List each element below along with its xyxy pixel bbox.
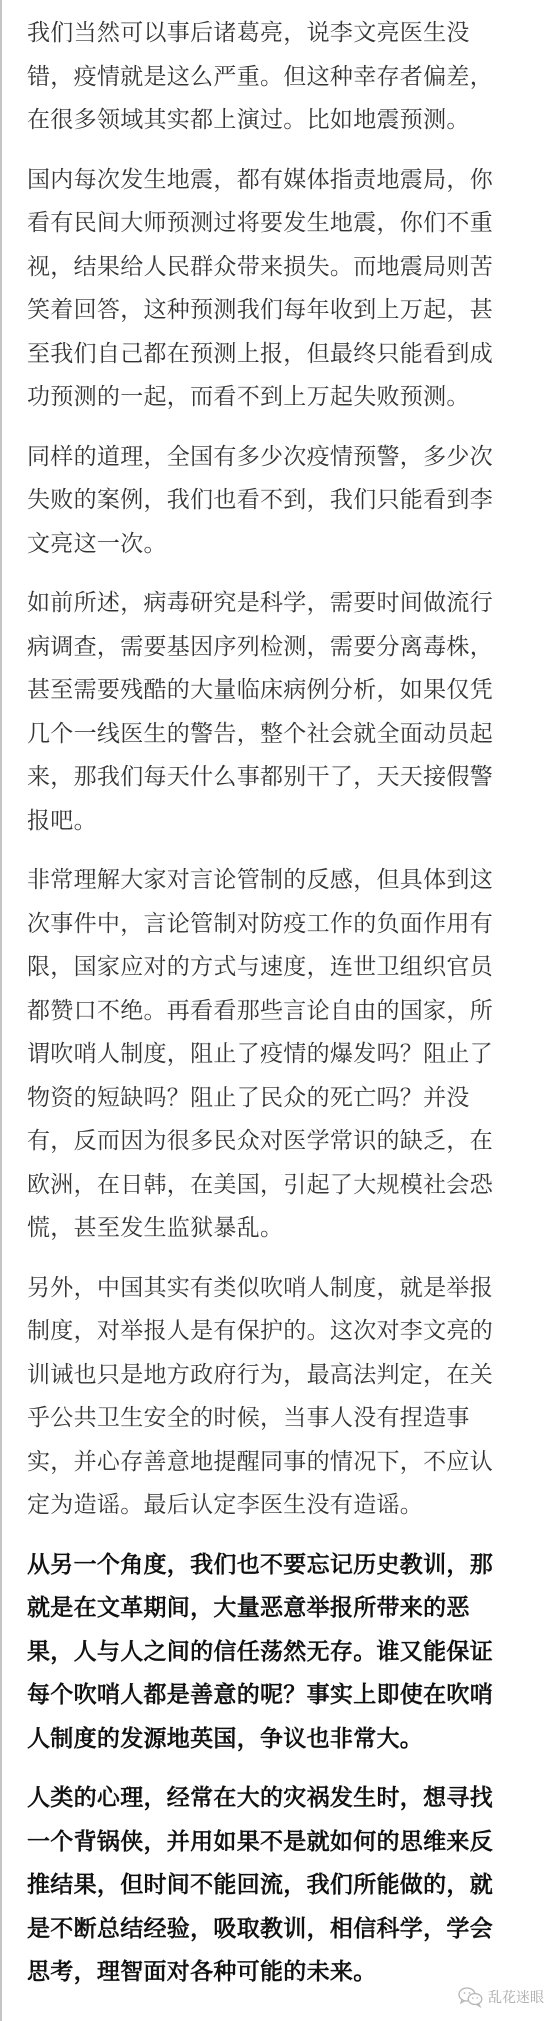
paragraph-hindsight: 我们当然可以事后诸葛亮，说李文亮医生没 错，疫情就是这么严重。但这种幸存者偏差，… — [27, 12, 547, 143]
left-border-rule — [0, 0, 2, 2021]
text-line: 有，反而因为很多民众对医学常识的缺乏，在 — [27, 1120, 547, 1164]
text-line: 是不断总结经验，吸取教训，相信科学，学会 — [27, 1908, 547, 1952]
text-line: 失败的案例，我们也看不到，我们只能看到李 — [27, 479, 547, 523]
text-line: 限，国家应对的方式与速度，连世卫组织官员 — [27, 946, 547, 990]
text-line: 训诫也只是地方政府行为，最高法判定，在关 — [27, 1354, 547, 1398]
text-line: 果，人与人之间的信任荡然无存。谁又能保证 — [27, 1631, 547, 1675]
text-line: 次事件中，言论管制对防疫工作的负面作用有 — [27, 903, 547, 947]
text-line: 人制度的发源地英国，争议也非常大。 — [27, 1718, 547, 1762]
text-line: 几个一线医生的警告，整个社会就全面动员起 — [27, 713, 547, 757]
paragraph-same-logic: 同样的道理，全国有多少次疫情预警，多少次 失败的案例，我们也看不到，我们只能看到… — [27, 436, 547, 567]
text-line: 慌，甚至发生监狱暴乱。 — [27, 1207, 547, 1251]
text-line: 都赞口不绝。再看看那些言论自由的国家，所 — [27, 990, 547, 1034]
paragraph-virus-research: 如前所述，病毒研究是科学，需要时间做流行 病调查，需要基因序列检测，需要分离毒株… — [27, 582, 547, 843]
text-line: 在很多领域其实都上演过。比如地震预测。 — [27, 99, 547, 143]
wechat-icon — [457, 1986, 484, 2008]
text-line: 另外，中国其实有类似吹哨人制度，就是举报 — [27, 1267, 547, 1311]
text-line: 至我们自己都在预测上报，但最终只能看到成 — [27, 333, 547, 377]
text-line: 我们当然可以事后诸葛亮，说李文亮医生没 — [27, 12, 547, 56]
text-line: 欧洲，在日韩，在美国，引起了大规模社会恐 — [27, 1164, 547, 1208]
text-line: 文亮这一次。 — [27, 523, 547, 567]
text-line: 实，并心存善意地提醒同事的情况下，不应认 — [27, 1441, 547, 1485]
source-watermark: 乱花迷眼 — [457, 1986, 544, 2008]
text-line: 推结果，但时间不能回流，我们所能做的，就 — [27, 1864, 547, 1908]
text-line: 看有民间大师预测过将要发生地震，你们不重 — [27, 202, 547, 246]
text-line: 谓吹哨人制度，阻止了疫情的爆发吗？阻止了 — [27, 1033, 547, 1077]
watermark-account-name: 乱花迷眼 — [488, 1987, 544, 2007]
text-line: 病调查，需要基因序列检测，需要分离毒株， — [27, 626, 547, 670]
text-line: 一个背锅侠，并用如果不是就如何的思维来反 — [27, 1821, 547, 1865]
text-line: 就是在文革期间，大量恶意举报所带来的恶 — [27, 1587, 547, 1631]
text-line: 每个吹哨人都是善意的呢？事实上即使在吹哨 — [27, 1674, 547, 1718]
text-line: 视，结果给人民群众带来损失。而地震局则苦 — [27, 246, 547, 290]
article-body: 我们当然可以事后诸葛亮，说李文亮医生没 错，疫情就是这么严重。但这种幸存者偏差，… — [27, 12, 547, 2011]
paragraph-history-lesson: 从另一个角度，我们也不要忘记历史教训，那 就是在文革期间，大量恶意举报所带来的恶… — [27, 1544, 547, 1762]
text-line: 如前所述，病毒研究是科学，需要时间做流行 — [27, 582, 547, 626]
paragraph-speech-control: 非常理解大家对言论管制的反感，但具体到这 次事件中，言论管制对防疫工作的负面作用… — [27, 859, 547, 1251]
paragraph-conclusion: 人类的心理，经常在大的灾祸发生时，想寻找 一个背锅侠，并用如果不是就如何的思维来… — [27, 1777, 547, 1995]
text-line: 报吧。 — [27, 800, 547, 844]
text-line: 物资的短缺吗？阻止了民众的死亡吗？并没 — [27, 1077, 547, 1121]
text-line: 功预测的一起，而看不到上万起失败预测。 — [27, 376, 547, 420]
text-line: 错，疫情就是这么严重。但这种幸存者偏差， — [27, 56, 547, 100]
text-line: 乎公共卫生安全的时候，当事人没有捏造事 — [27, 1397, 547, 1441]
text-line: 从另一个角度，我们也不要忘记历史教训，那 — [27, 1544, 547, 1588]
paragraph-earthquake-prediction: 国内每次发生地震，都有媒体指责地震局，你 看有民间大师预测过将要发生地震，你们不… — [27, 159, 547, 420]
paragraph-reporting-system: 另外，中国其实有类似吹哨人制度，就是举报 制度，对举报人是有保护的。这次对李文亮… — [27, 1267, 547, 1528]
text-line: 非常理解大家对言论管制的反感，但具体到这 — [27, 859, 547, 903]
text-line: 制度，对举报人是有保护的。这次对李文亮的 — [27, 1310, 547, 1354]
text-line: 甚至需要残酷的大量临床病例分析，如果仅凭 — [27, 669, 547, 713]
text-line: 定为造谣。最后认定李医生没有造谣。 — [27, 1484, 547, 1528]
text-line: 同样的道理，全国有多少次疫情预警，多少次 — [27, 436, 547, 480]
text-line: 笑着回答，这种预测我们每年收到上万起，甚 — [27, 289, 547, 333]
text-line: 国内每次发生地震，都有媒体指责地震局，你 — [27, 159, 547, 203]
text-line: 来，那我们每天什么事都别干了，天天接假警 — [27, 756, 547, 800]
text-line: 人类的心理，经常在大的灾祸发生时，想寻找 — [27, 1777, 547, 1821]
